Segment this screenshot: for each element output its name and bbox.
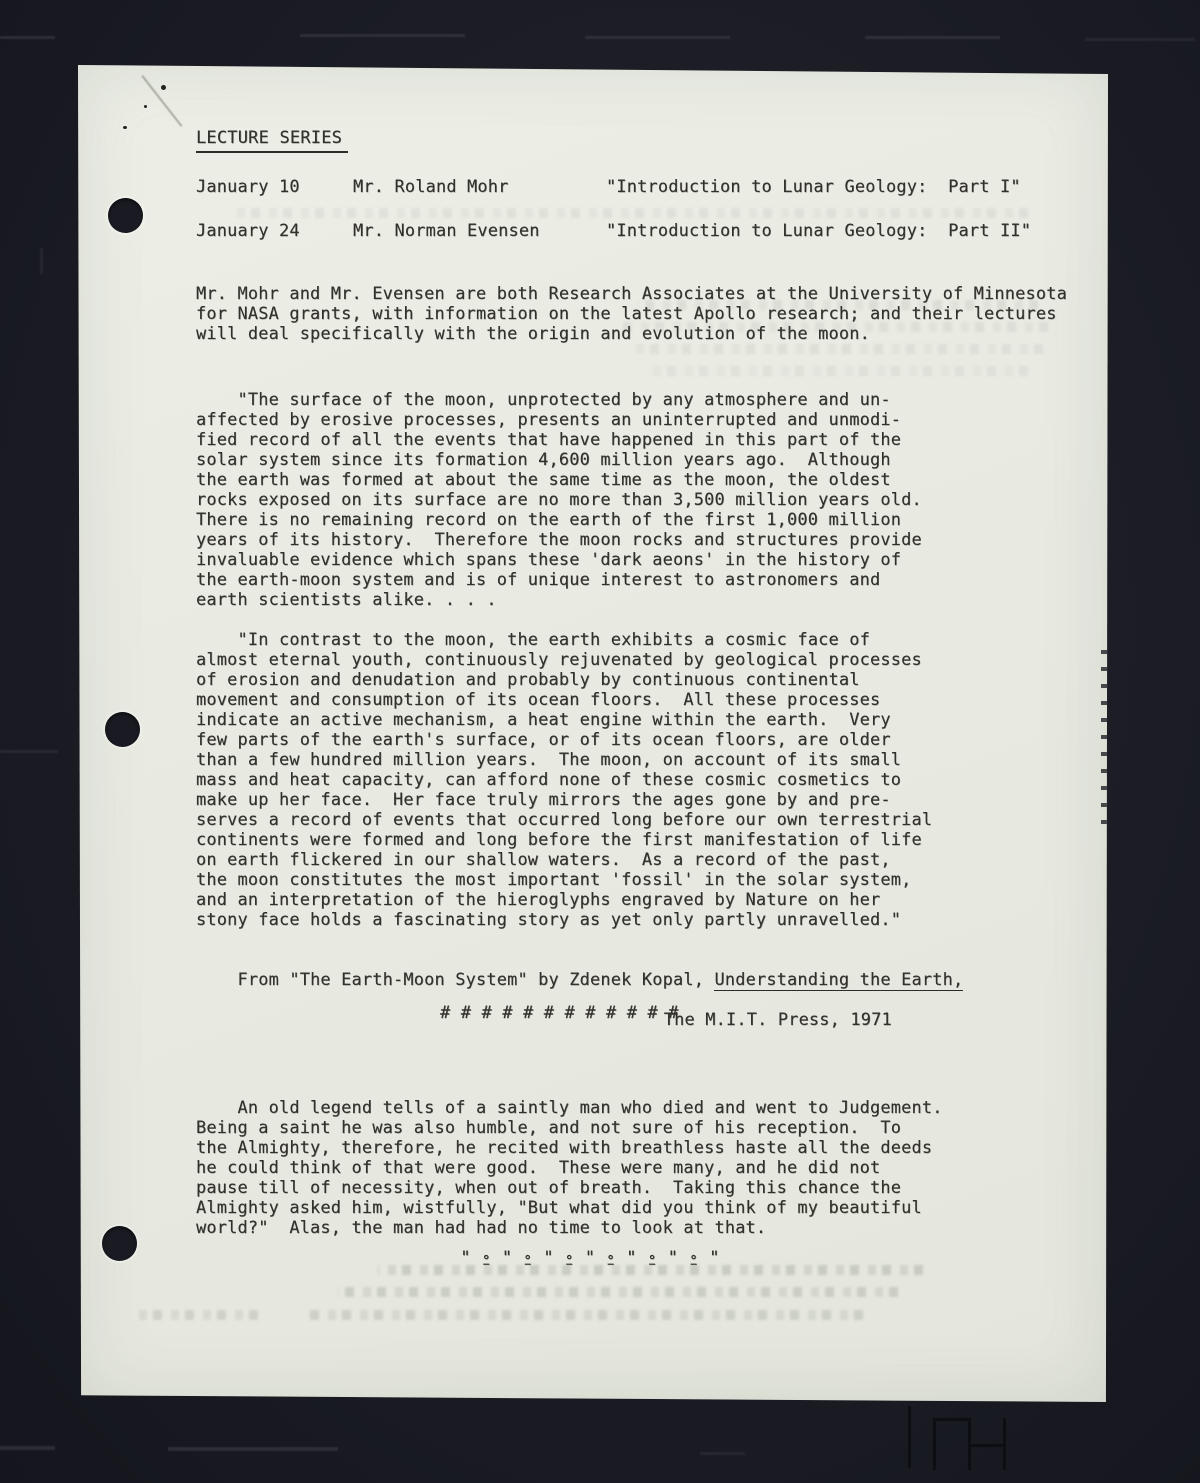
book-title: Understanding the Earth, [714,969,963,991]
page-title: LECTURE SERIES [196,128,348,153]
lecture-speaker: Mr. Roland Mohr [353,176,606,196]
scanner-artifact-dash [168,1447,338,1451]
scanner-artifact-dash [40,248,43,274]
bleed-through-text [378,1265,923,1275]
scanner-artifact-mark [933,1418,971,1421]
bleed-through-text [228,208,1028,218]
lecture-title: "Introduction to Lunar Geology: Part I" [606,176,1021,196]
attribution-publisher: The M.I.T. Press, 1971 [664,1009,964,1029]
lecture-date: January 24 [196,220,353,240]
bleed-through-text [138,1310,258,1320]
intro-paragraph: Mr. Mohr and Mr. Evensen are both Resear… [196,283,1067,343]
scanner-artifact-dash [865,36,1000,39]
scanner-artifact-dash [1085,38,1195,41]
scanner-artifact-dash [0,1446,55,1450]
lecture-speaker: Mr. Norman Evensen [353,220,606,240]
bleed-through-text [648,366,1028,376]
bleed-through-text [633,344,1043,354]
quote-paragraph-1: "The surface of the moon, unprotected by… [196,389,922,609]
bleed-through-text [308,1310,863,1320]
document-page: LECTURE SERIES January 10Mr. Roland Mohr… [78,62,1108,1402]
bleed-through-text [338,1287,898,1297]
hash-divider: # # # # # # # # # # # # [440,1002,679,1022]
lecture-row-2: January 24Mr. Norman Evensen"Introductio… [196,220,1078,240]
paper-speck [123,126,127,129]
legend-paragraph: An old legend tells of a saintly man who… [196,1097,943,1237]
paper-speck [144,105,147,108]
punch-hole-top [108,198,143,233]
scanner-artifact-dash [0,750,58,753]
quote-divider: " ⍛ " ⍛ " ⍛ " ⍛ " ⍛ " ⍛ " [460,1247,719,1267]
paper-speck [161,85,166,90]
scanner-artifact-dash [300,34,465,37]
scanner-artifact-mark [968,1444,1006,1447]
lecture-row-1: January 10Mr. Roland Mohr"Introduction t… [196,176,1078,196]
paper-edge-marks [1101,650,1107,834]
scanner-artifact-dash [585,36,730,39]
lecture-date: January 10 [196,176,353,196]
bleed-through-text [638,300,1038,310]
paper-crease [142,75,183,126]
quote-paragraph-2: "In contrast to the moon, the earth exhi… [196,629,932,929]
scanner-artifact-dash [700,1452,745,1455]
punch-hole-bottom [102,1226,137,1261]
punch-hole-middle [105,712,140,747]
bleed-through-text [618,322,1048,332]
scanner-artifact-dash [0,36,55,39]
scanner-artifact-mark [933,1418,936,1470]
lecture-title: "Introduction to Lunar Geology: Part II" [606,220,1031,240]
attribution-prefix: From "The Earth-Moon System" by Zdenek K… [237,969,714,989]
scanner-artifact-mark [908,1406,911,1468]
scanned-document-screenshot: { "colors":{"background":"#1b1c24","pape… [0,0,1200,1483]
